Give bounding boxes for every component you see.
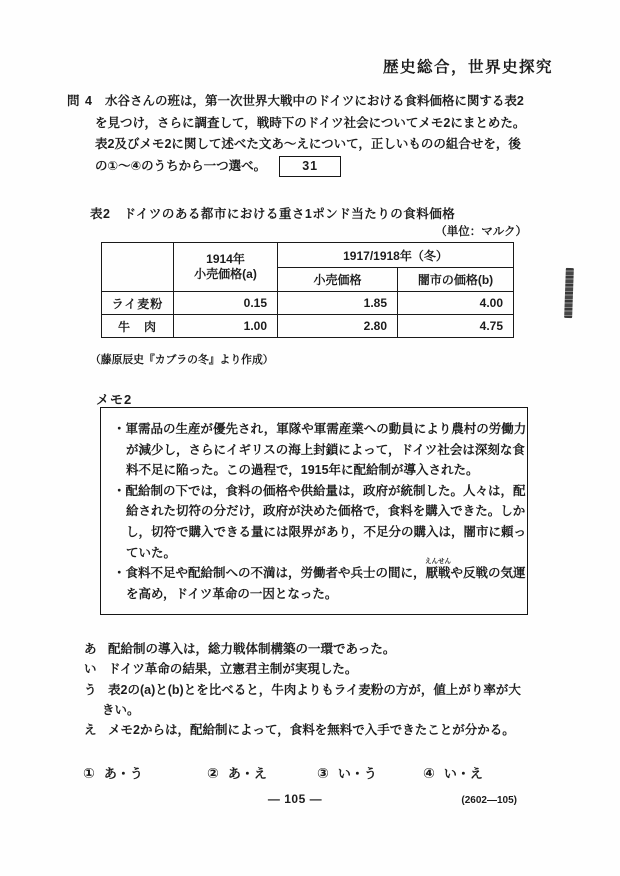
cell-rye-retail-price: 1.85 bbox=[278, 292, 398, 315]
statement-u: う 表2の(a)と(b)とを比べると，牛肉よりもライ麦粉の方が，値上がり率が大 bbox=[84, 680, 564, 700]
statement-label: い bbox=[84, 659, 97, 679]
row-label-rye-flour: ライ麦粉 bbox=[102, 292, 174, 315]
statement-e: え メモ2からは，配給制によって，食料を無料で入手できたことが分かる。 bbox=[84, 720, 564, 740]
table-caption: 表2 ドイツのある都市における重さ1ポンド当たりの食料価格 bbox=[90, 204, 455, 222]
statement-label: え bbox=[84, 720, 97, 740]
statements-block: あ 配給制の導入は，総力戦体制構築の一環であった。 い ドイツ革命の結果，立憲君… bbox=[84, 639, 564, 740]
memo-text: や反戦の気運 bbox=[451, 566, 526, 580]
table-row: ライ麦粉 0.15 1.85 4.00 bbox=[102, 292, 514, 315]
question-line: 問 4 水谷さんの班は，第一次世界大戦中のドイツにおける食料価格に関する表2 bbox=[67, 91, 567, 113]
question-block: 問 4 水谷さんの班は，第一次世界大戦中のドイツにおける食料価格に関する表2 を… bbox=[67, 91, 567, 177]
row-label-beef: 牛 肉 bbox=[102, 315, 174, 338]
circled-number-2: ② bbox=[207, 765, 219, 781]
question-line: 表2及びメモ2に関して述べた文あ～えについて，正しいものの組合せを，後 bbox=[95, 134, 567, 156]
cell-beef-1914-price: 1.00 bbox=[174, 315, 278, 338]
question-number-label: 問 4 bbox=[67, 91, 93, 113]
circled-number-3: ③ bbox=[317, 765, 329, 781]
cell-rye-1914-price: 0.15 bbox=[174, 292, 278, 315]
question-text: の①～④のうちから一つ選べ。 bbox=[95, 156, 266, 178]
memo-line: ていた。 bbox=[113, 543, 515, 564]
ruby-base: 厭戦 bbox=[426, 566, 451, 580]
statement-label: う bbox=[84, 680, 97, 700]
col-header-retail-price: 小売価格 bbox=[278, 268, 398, 292]
exam-page: 歴史総合，世界史探究 問 4 水谷さんの班は，第一次世界大戦中のドイツにおける食… bbox=[0, 0, 620, 876]
memo-line: ・食料不足や配給制への不満は，労働者や兵士の間に，えんせん厭戦や反戦の気運 bbox=[113, 563, 515, 584]
memo-line: を高め，ドイツ革命の一因となった。 bbox=[113, 584, 515, 605]
statement-text: 配給制の導入は，総力戦体制構築の一環であった。 bbox=[108, 639, 395, 659]
col-header-1914: 1914年 小売価格(a) bbox=[174, 243, 278, 292]
statement-i: い ドイツ革命の結果，立憲君主制が実現した。 bbox=[84, 659, 564, 679]
page-title: 歴史総合，世界史探究 bbox=[383, 55, 553, 77]
cell-beef-black-market-price: 4.75 bbox=[398, 315, 514, 338]
memo-line: 料不足に陥った。この過程で，1915年に配給制が導入された。 bbox=[113, 460, 515, 481]
statement-a: あ 配給制の導入は，総力戦体制構築の一環であった。 bbox=[84, 639, 564, 659]
table-row: 牛 肉 1.00 2.80 4.75 bbox=[102, 315, 514, 338]
question-line: を見つけ，さらに調査して，戦時下のドイツ社会についてメモ2にまとめた。 bbox=[95, 113, 567, 135]
document-code: (2602—105) bbox=[461, 795, 517, 806]
option-text: あ・え bbox=[228, 766, 267, 781]
col-header-1914-retail: 小売価格(a) bbox=[174, 267, 277, 282]
question-text: 水谷さんの班は，第一次世界大戦中のドイツにおける食料価格に関する表2 bbox=[105, 91, 524, 113]
col-header-1914-year: 1914年 bbox=[174, 252, 277, 267]
page-edge-mark bbox=[564, 268, 574, 318]
ruby-word: えんせん厭戦 bbox=[426, 566, 451, 580]
statement-text: ドイツ革命の結果，立憲君主制が実現した。 bbox=[108, 659, 357, 679]
option-text: あ・う bbox=[104, 766, 143, 781]
cell-beef-retail-price: 2.80 bbox=[278, 315, 398, 338]
memo-line: し，切符で購入できる量には限界があり，不足分の購入は，闇市に頼っ bbox=[113, 522, 515, 543]
option-2: ②あ・え bbox=[207, 763, 267, 782]
circled-number-1: ① bbox=[83, 765, 95, 781]
food-price-table: 1914年 小売価格(a) 1917/1918年（冬） 小売価格 闇市の価格(b… bbox=[101, 242, 514, 338]
memo-box: ・軍需品の生産が優先され，軍隊や軍需産業への動員により農村の労働力 が減少し，さ… bbox=[100, 407, 528, 615]
cell-rye-black-market-price: 4.00 bbox=[398, 292, 514, 315]
furigana-text: えんせん bbox=[425, 559, 451, 566]
statement-u-continuation: きい。 bbox=[102, 700, 564, 720]
table-corner-cell bbox=[102, 243, 174, 292]
memo-line: ・軍需品の生産が優先され，軍隊や軍需産業への動員により農村の労働力 bbox=[113, 419, 515, 440]
statement-label: あ bbox=[84, 639, 97, 659]
circled-number-4: ④ bbox=[423, 765, 435, 781]
statement-text: 表2の(a)と(b)とを比べると，牛肉よりもライ麦粉の方が，値上がり率が大 bbox=[108, 680, 521, 700]
option-text: い・え bbox=[444, 766, 483, 781]
answer-number-box: 31 bbox=[279, 156, 341, 177]
memo-line: が減少し，さらにイギリスの海上封鎖によって，ドイツ社会は深刻な食 bbox=[113, 440, 515, 461]
memo-line: ・配給制の下では，食料の価格や供給量は，政府が統制した。人々は，配 bbox=[113, 481, 515, 502]
options-row: ①あ・う ②あ・え ③い・う ④い・え bbox=[0, 763, 620, 783]
memo-title: メモ2 bbox=[96, 389, 132, 408]
memo-line: 給された切符の分だけ，政府が決めた価格で，食料を購入できた。しか bbox=[113, 501, 515, 522]
table-source-note: （藤原辰史『カブラの冬』より作成） bbox=[90, 352, 274, 367]
option-4: ④い・え bbox=[423, 763, 483, 782]
page-number: — 105 — bbox=[260, 792, 330, 806]
option-1: ①あ・う bbox=[83, 763, 143, 782]
col-header-1917: 1917/1918年（冬） bbox=[278, 243, 514, 268]
option-3: ③い・う bbox=[317, 763, 377, 782]
option-text: い・う bbox=[338, 766, 377, 781]
statement-text: メモ2からは，配給制によって，食料を無料で入手できたことが分かる。 bbox=[108, 720, 515, 740]
table-unit-label: （単位：マルク） bbox=[435, 223, 527, 239]
memo-text: ・食料不足や配給制への不満は，労働者や兵士の間に， bbox=[113, 566, 426, 580]
question-line: の①～④のうちから一つ選べ。 31 bbox=[95, 156, 567, 178]
col-header-black-market-price: 闇市の価格(b) bbox=[398, 268, 514, 292]
